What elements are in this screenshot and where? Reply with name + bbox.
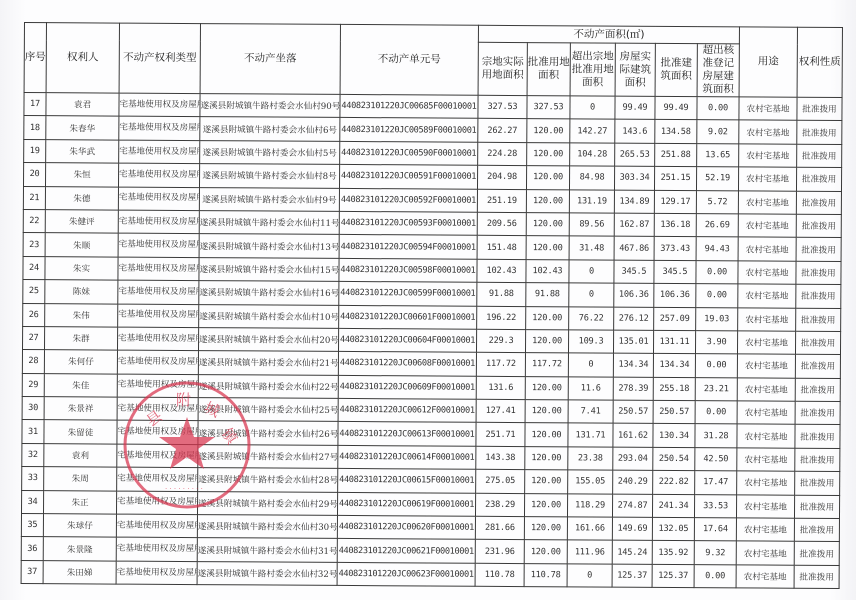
row-unit-no: 440823101220JC00590F00010001 xyxy=(340,141,478,165)
row-right-type: 宅基地使用权及房屋所有权 xyxy=(118,210,199,234)
row-unit-no: 440823101220JC00613F00010001 xyxy=(338,422,476,446)
row-owner: 朱春华 xyxy=(46,116,119,140)
row-owner: 朱正 xyxy=(43,490,116,514)
row-building-excess: 9.02 xyxy=(697,120,739,144)
row-seq: 30 xyxy=(22,397,44,421)
row-building-excess: 0.00 xyxy=(695,354,737,378)
row-building-excess: 26.69 xyxy=(696,214,738,238)
row-nature: 批准拨用 xyxy=(795,401,840,425)
row-land-excess: 118.29 xyxy=(567,493,612,517)
row-land-excess: 11.6 xyxy=(568,377,613,401)
row-seq: 21 xyxy=(23,186,45,210)
row-unit-no: 440823101220JC00623F00010001 xyxy=(337,562,475,586)
header-seq: 序号 xyxy=(24,23,46,93)
header-land-approved: 批准用地面积 xyxy=(527,43,570,96)
row-land-approved: 120.00 xyxy=(526,213,569,237)
row-location: 遂溪县附城镇牛路村委会水仙村8号 xyxy=(199,164,339,188)
row-building-excess: 52.19 xyxy=(696,167,738,191)
row-building-excess: 17.64 xyxy=(694,518,736,542)
row-building-approved: 250.54 xyxy=(653,447,695,471)
row-unit-no: 440823101220JC00598F00010001 xyxy=(339,258,477,282)
row-use: 农村宅基地 xyxy=(739,97,797,121)
row-owner: 朱恒 xyxy=(45,163,118,187)
row-land-approved: 117.72 xyxy=(525,353,568,377)
row-location: 遂溪县附城镇牛路村委会水仙村26号 xyxy=(198,421,338,445)
header-nature: 权利性质 xyxy=(797,27,842,97)
row-building-excess: 9.32 xyxy=(694,541,736,565)
row-building-approved: 255.18 xyxy=(653,377,695,401)
row-location: 遂溪县附城镇牛路村委会水仙村10号 xyxy=(199,304,339,328)
row-building-actual: 265.53 xyxy=(615,143,655,167)
row-owner: 朱华武 xyxy=(46,139,119,163)
row-land-excess: 0 xyxy=(570,96,615,120)
row-land-actual: 231.96 xyxy=(475,540,524,564)
row-use: 农村宅基地 xyxy=(737,424,795,448)
row-seq: 17 xyxy=(24,93,46,117)
row-building-excess: 13.65 xyxy=(697,143,739,167)
row-building-actual: 345.5 xyxy=(614,260,654,284)
header-building-actual: 房屋实际建筑面积 xyxy=(615,43,655,96)
row-building-approved: 130.34 xyxy=(653,424,695,448)
row-nature: 批准拨用 xyxy=(794,542,839,566)
row-location: 遂溪县附城镇牛路村委会水仙村9号 xyxy=(199,187,339,211)
row-right-type: 宅基地使用权及房屋所有权 xyxy=(117,327,198,351)
row-land-excess: 131.71 xyxy=(568,423,613,447)
row-building-approved: 257.09 xyxy=(654,307,696,331)
row-land-excess: 142.27 xyxy=(570,119,615,143)
row-location: 遂溪县附城镇牛路村委会水仙村27号 xyxy=(198,444,338,468)
row-land-actual: 281.66 xyxy=(475,516,524,540)
row-use: 农村宅基地 xyxy=(738,284,796,308)
row-land-excess: 161.66 xyxy=(567,517,612,541)
row-building-excess: 19.03 xyxy=(696,307,738,331)
row-land-actual: 238.29 xyxy=(475,493,524,517)
row-right-type: 宅基地使用权及房屋所有权 xyxy=(118,233,199,257)
row-seq: 34 xyxy=(21,490,43,514)
row-use: 农村宅基地 xyxy=(736,541,794,565)
row-building-actual: 143.6 xyxy=(615,120,655,144)
row-location: 遂溪县附城镇牛路村委会水仙村21号 xyxy=(198,351,338,375)
row-nature: 批准拨用 xyxy=(795,378,840,402)
row-land-approved: 120.00 xyxy=(525,329,568,353)
row-location: 遂溪县附城镇牛路村委会水仙村28号 xyxy=(198,468,338,492)
row-use: 农村宅基地 xyxy=(737,471,795,495)
row-owner: 袁君 xyxy=(46,93,119,117)
row-land-approved: 120.00 xyxy=(524,540,567,564)
row-land-excess: 131.19 xyxy=(569,189,614,213)
row-seq: 22 xyxy=(23,209,45,233)
row-building-actual: 293.04 xyxy=(613,447,653,471)
row-building-actual: 240.29 xyxy=(613,470,653,494)
row-seq: 32 xyxy=(22,443,44,467)
header-owner: 权利人 xyxy=(46,23,119,93)
row-owner: 朱健评 xyxy=(45,210,118,234)
row-right-type: 宅基地使用权及房屋所有权 xyxy=(119,116,200,140)
row-building-approved: 132.05 xyxy=(652,517,694,541)
row-nature: 批准拨用 xyxy=(795,448,840,472)
row-location: 遂溪县附城镇牛路村委会水仙村90号 xyxy=(200,94,340,118)
row-building-excess: 5.72 xyxy=(696,190,738,214)
row-right-type: 宅基地使用权及房屋所有权 xyxy=(116,561,197,585)
row-building-approved: 129.17 xyxy=(654,190,696,214)
row-land-approved: 102.43 xyxy=(526,259,569,283)
row-unit-no: 440823101220JC00593F00010001 xyxy=(339,211,477,235)
row-building-actual: 134.34 xyxy=(613,353,653,377)
row-right-type: 宅基地使用权及房屋所有权 xyxy=(119,93,200,117)
row-land-approved: 120.00 xyxy=(527,119,570,143)
row-building-approved: 241.34 xyxy=(652,494,694,518)
row-location: 遂溪县附城镇牛路村委会水仙村31号 xyxy=(197,538,337,562)
row-use: 农村宅基地 xyxy=(737,448,795,472)
row-seq: 28 xyxy=(22,350,44,374)
row-land-approved: 120.00 xyxy=(525,446,568,470)
row-seq: 23 xyxy=(23,233,45,257)
row-land-excess: 84.98 xyxy=(569,166,614,190)
row-land-excess: 31.48 xyxy=(569,236,614,260)
row-land-actual: 224.28 xyxy=(478,142,527,166)
table-row: 37朱田娣宅基地使用权及房屋所有权遂溪县附城镇牛路村委会水仙村32号440823… xyxy=(21,560,839,588)
row-use: 农村宅基地 xyxy=(737,331,795,355)
row-right-type: 宅基地使用权及房屋所有权 xyxy=(118,304,199,328)
row-seq: 31 xyxy=(22,420,44,444)
row-unit-no: 440823101220JC00609F00010001 xyxy=(338,375,476,399)
row-seq: 19 xyxy=(24,139,46,163)
row-building-approved: 250.57 xyxy=(653,400,695,424)
row-building-actual: 99.49 xyxy=(615,96,655,120)
row-use: 农村宅基地 xyxy=(736,518,794,542)
row-land-actual: 251.71 xyxy=(476,423,525,447)
row-building-excess: 3.90 xyxy=(695,331,737,355)
row-location: 遂溪县附城镇牛路村委会水仙村29号 xyxy=(197,491,337,515)
row-unit-no: 440823101220JC00592F00010001 xyxy=(339,188,477,212)
row-owner: 朱伟 xyxy=(45,303,118,327)
row-location: 遂溪县附城镇牛路村委会水仙村11号 xyxy=(199,211,339,235)
row-right-type: 宅基地使用权及房屋所有权 xyxy=(118,257,199,281)
row-seq: 37 xyxy=(21,560,43,584)
row-owner: 袁利 xyxy=(44,443,117,467)
header-building-excess: 超出核准登记房屋建筑面积 xyxy=(697,44,739,97)
row-seq: 35 xyxy=(21,514,43,538)
row-building-approved: 345.5 xyxy=(654,260,696,284)
row-use: 农村宅基地 xyxy=(739,120,797,144)
row-right-type: 宅基地使用权及房屋所有权 xyxy=(116,514,197,538)
header-right-type: 不动产权利类型 xyxy=(119,23,200,93)
row-seq: 25 xyxy=(23,280,45,304)
row-building-actual: 276.12 xyxy=(614,307,654,331)
row-land-excess: 23.38 xyxy=(568,447,613,471)
row-nature: 批准拨用 xyxy=(794,565,839,589)
row-use: 农村宅基地 xyxy=(737,401,795,425)
row-building-actual: 135.01 xyxy=(613,330,653,354)
row-land-excess: 76.22 xyxy=(569,306,614,330)
row-seq: 33 xyxy=(22,467,44,491)
row-land-excess: 0 xyxy=(568,353,613,377)
row-location: 遂溪县附城镇牛路村委会水仙村25号 xyxy=(198,398,338,422)
row-seq: 24 xyxy=(23,256,45,280)
row-land-actual: 229.3 xyxy=(476,329,525,353)
row-owner: 朱德 xyxy=(45,186,118,210)
row-right-type: 宅基地使用权及房屋所有权 xyxy=(118,163,199,187)
header-row: 序号 权利人 不动产权利类型 不动产坐落 不动产单元号 不动产面积(㎡) 用途 … xyxy=(24,23,842,45)
row-nature: 批准拨用 xyxy=(796,238,841,262)
row-nature: 批准拨用 xyxy=(796,214,841,238)
row-location: 遂溪县附城镇牛路村委会水仙村13号 xyxy=(199,234,339,258)
row-unit-no: 440823101220JC00612F00010001 xyxy=(338,399,476,423)
row-building-actual: 250.57 xyxy=(613,400,653,424)
row-building-approved: 125.37 xyxy=(652,564,694,588)
row-owner: 朱留徒 xyxy=(44,420,117,444)
row-unit-no: 440823101220JC00599F00010001 xyxy=(339,282,477,306)
row-land-approved: 120.00 xyxy=(524,517,567,541)
row-nature: 批准拨用 xyxy=(796,167,841,191)
row-right-type: 宅基地使用权及房屋所有权 xyxy=(116,491,197,515)
row-land-approved: 110.78 xyxy=(524,563,567,587)
row-nature: 批准拨用 xyxy=(795,331,840,355)
row-use: 农村宅基地 xyxy=(738,214,796,238)
row-land-actual: 143.38 xyxy=(476,446,525,470)
row-land-actual: 251.19 xyxy=(477,189,526,213)
row-nature: 批准拨用 xyxy=(797,97,842,121)
row-location: 遂溪县附城镇牛路村委会水仙村20号 xyxy=(198,327,338,351)
row-unit-no: 440823101220JC00620F00010001 xyxy=(337,515,475,539)
row-seq: 18 xyxy=(24,116,46,140)
row-land-approved: 120.00 xyxy=(525,400,568,424)
row-nature: 批准拨用 xyxy=(796,261,841,285)
row-land-excess: 7.41 xyxy=(568,400,613,424)
row-unit-no: 440823101220JC00619F00010001 xyxy=(337,492,475,516)
row-location: 遂溪县附城镇牛路村委会水仙村6号 xyxy=(200,117,340,141)
row-land-excess: 0 xyxy=(569,260,614,284)
row-owner: 陈妹 xyxy=(45,280,118,304)
row-land-excess: 155.05 xyxy=(568,470,613,494)
row-seq: 27 xyxy=(22,326,44,350)
header-land-excess: 超出宗地批准用地面积 xyxy=(570,43,615,96)
row-location: 遂溪县附城镇牛路村委会水仙村22号 xyxy=(198,374,338,398)
row-use: 农村宅基地 xyxy=(738,237,796,261)
row-owner: 朱实 xyxy=(45,256,118,280)
property-registration-table: 序号 权利人 不动产权利类型 不动产坐落 不动产单元号 不动产面积(㎡) 用途 … xyxy=(21,22,843,589)
row-right-type: 宅基地使用权及房屋所有权 xyxy=(117,350,198,374)
row-owner: 朱球仔 xyxy=(43,514,116,538)
row-building-actual: 125.37 xyxy=(612,564,652,588)
row-unit-no: 440823101220JC00621F00010001 xyxy=(337,539,475,563)
row-use: 农村宅基地 xyxy=(736,495,794,519)
row-building-actual: 162.87 xyxy=(614,213,654,237)
row-building-excess: 0.00 xyxy=(695,401,737,425)
row-unit-no: 440823101220JC00685F00010001 xyxy=(340,94,478,118)
row-unit-no: 440823101220JC00591F00010001 xyxy=(339,165,477,189)
row-location: 遂溪县附城镇牛路村委会水仙村30号 xyxy=(197,515,337,539)
row-land-actual: 127.41 xyxy=(476,399,525,423)
row-right-type: 宅基地使用权及房屋所有权 xyxy=(117,444,198,468)
row-land-actual: 262.27 xyxy=(478,119,527,143)
row-unit-no: 440823101220JC00594F00010001 xyxy=(339,235,477,259)
row-land-approved: 120.00 xyxy=(525,376,568,400)
row-land-approved: 120.00 xyxy=(525,423,568,447)
row-right-type: 宅基地使用权及房屋所有权 xyxy=(117,421,198,445)
row-land-actual: 117.72 xyxy=(476,353,525,377)
header-use: 用途 xyxy=(739,27,797,97)
row-building-excess: 0.00 xyxy=(694,564,736,588)
row-use: 农村宅基地 xyxy=(737,354,795,378)
row-owner: 朱田娣 xyxy=(43,560,116,584)
row-nature: 批准拨用 xyxy=(794,518,839,542)
row-land-approved: 327.53 xyxy=(527,96,570,120)
row-nature: 批准拨用 xyxy=(795,471,840,495)
row-land-excess: 111.96 xyxy=(567,540,612,564)
row-nature: 批准拨用 xyxy=(794,495,839,519)
row-land-approved: 120.00 xyxy=(525,470,568,494)
row-use: 农村宅基地 xyxy=(738,190,796,214)
row-land-approved: 120.00 xyxy=(526,189,569,213)
row-land-actual: 151.48 xyxy=(477,236,526,260)
row-owner: 朱群 xyxy=(44,327,117,351)
row-land-actual: 327.53 xyxy=(478,95,527,119)
row-building-approved: 251.15 xyxy=(654,167,696,191)
row-building-approved: 134.58 xyxy=(655,120,697,144)
row-building-excess: 31.28 xyxy=(695,424,737,448)
row-building-approved: 251.88 xyxy=(655,143,697,167)
row-owner: 朱景祥 xyxy=(44,397,117,421)
row-unit-no: 440823101220JC00615F00010001 xyxy=(338,469,476,493)
row-building-actual: 303.34 xyxy=(614,166,654,190)
row-building-approved: 131.11 xyxy=(653,330,695,354)
row-nature: 批准拨用 xyxy=(795,425,840,449)
row-land-excess: 89.56 xyxy=(569,213,614,237)
row-owner: 朱何仔 xyxy=(44,350,117,374)
header-unit-no: 不动产单元号 xyxy=(340,24,478,95)
row-building-excess: 94.43 xyxy=(696,237,738,261)
row-building-excess: 33.53 xyxy=(694,494,736,518)
row-land-excess: 104.28 xyxy=(570,143,615,167)
row-nature: 批准拨用 xyxy=(796,308,841,332)
row-building-excess: 0.00 xyxy=(696,260,738,284)
row-land-actual: 209.56 xyxy=(477,212,526,236)
row-nature: 批准拨用 xyxy=(796,191,841,215)
row-nature: 批准拨用 xyxy=(795,355,840,379)
row-building-actual: 274.87 xyxy=(612,494,652,518)
row-unit-no: 440823101220JC00601F00010001 xyxy=(339,305,477,329)
header-location: 不动产坐落 xyxy=(200,24,340,95)
header-area-group: 不动产面积(㎡) xyxy=(478,25,739,44)
row-right-type: 宅基地使用权及房屋所有权 xyxy=(117,467,198,491)
row-use: 农村宅基地 xyxy=(736,565,794,589)
row-land-excess: 109.3 xyxy=(568,330,613,354)
row-use: 农村宅基地 xyxy=(737,378,795,402)
row-seq: 20 xyxy=(23,163,45,187)
row-building-excess: 17.47 xyxy=(695,471,737,495)
row-building-approved: 373.43 xyxy=(654,237,696,261)
row-nature: 批准拨用 xyxy=(796,284,841,308)
row-right-type: 宅基地使用权及房屋所有权 xyxy=(117,374,198,398)
row-land-approved: 120.00 xyxy=(527,142,570,166)
row-building-actual: 106.36 xyxy=(614,283,654,307)
row-building-approved: 99.49 xyxy=(655,96,697,120)
row-building-approved: 106.36 xyxy=(654,283,696,307)
row-land-actual: 196.22 xyxy=(477,306,526,330)
row-land-approved: 120.00 xyxy=(524,493,567,517)
row-right-type: 宅基地使用权及房屋所有权 xyxy=(118,280,199,304)
row-building-approved: 135.92 xyxy=(652,541,694,565)
row-owner: 朱佳 xyxy=(44,373,117,397)
scanned-page: 序号 权利人 不动产权利类型 不动产坐落 不动产单元号 不动产面积(㎡) 用途 … xyxy=(0,0,856,600)
row-building-approved: 134.34 xyxy=(653,354,695,378)
row-right-type: 宅基地使用权及房屋所有权 xyxy=(117,397,198,421)
row-nature: 批准拨用 xyxy=(797,144,842,168)
row-land-excess: 0 xyxy=(569,283,614,307)
row-building-actual: 467.86 xyxy=(614,236,654,260)
row-building-actual: 134.89 xyxy=(614,190,654,214)
row-unit-no: 440823101220JC00614F00010001 xyxy=(338,445,476,469)
header-building-approved: 批准建筑面积 xyxy=(655,43,697,96)
row-land-approved: 91.88 xyxy=(526,283,569,307)
row-building-actual: 149.69 xyxy=(612,517,652,541)
row-seq: 36 xyxy=(21,537,43,561)
row-unit-no: 440823101220JC00604F00010001 xyxy=(338,328,476,352)
row-unit-no: 440823101220JC00608F00010001 xyxy=(338,352,476,376)
row-land-approved: 120.00 xyxy=(526,166,569,190)
row-use: 农村宅基地 xyxy=(738,307,796,331)
row-building-actual: 278.39 xyxy=(613,377,653,401)
row-owner: 朱顺 xyxy=(45,233,118,257)
row-land-approved: 120.00 xyxy=(526,306,569,330)
row-use: 农村宅基地 xyxy=(739,167,797,191)
row-location: 遂溪县附城镇牛路村委会水仙村15号 xyxy=(199,257,339,281)
row-location: 遂溪县附城镇牛路村委会水仙村32号 xyxy=(197,561,337,585)
row-location: 遂溪县附城镇牛路村委会水仙村5号 xyxy=(200,140,340,164)
row-building-actual: 145.24 xyxy=(612,541,652,565)
row-building-excess: 0.00 xyxy=(696,284,738,308)
row-land-actual: 275.05 xyxy=(476,470,525,494)
row-building-approved: 136.18 xyxy=(654,213,696,237)
row-right-type: 宅基地使用权及房屋所有权 xyxy=(118,187,199,211)
row-land-actual: 110.78 xyxy=(475,563,524,587)
row-unit-no: 440823101220JC00589F00010001 xyxy=(340,118,478,142)
header-land-actual: 宗地实际用地面积 xyxy=(478,42,527,95)
table-body: 17袁君宅基地使用权及房屋所有权遂溪县附城镇牛路村委会水仙村90号4408231… xyxy=(21,93,842,589)
row-right-type: 宅基地使用权及房屋所有权 xyxy=(116,537,197,561)
row-building-actual: 161.62 xyxy=(613,424,653,448)
row-land-actual: 131.6 xyxy=(476,376,525,400)
row-owner: 朱周 xyxy=(44,467,117,491)
row-building-approved: 222.82 xyxy=(653,471,695,495)
row-nature: 批准拨用 xyxy=(797,121,842,145)
row-building-excess: 23.21 xyxy=(695,377,737,401)
row-seq: 26 xyxy=(23,303,45,327)
row-seq: 29 xyxy=(22,373,44,397)
row-land-actual: 204.98 xyxy=(477,165,526,189)
row-building-excess: 42.50 xyxy=(695,447,737,471)
row-location: 遂溪县附城镇牛路村委会水仙村16号 xyxy=(199,281,339,305)
row-use: 农村宅基地 xyxy=(739,144,797,168)
row-owner: 朱景隆 xyxy=(43,537,116,561)
row-land-actual: 91.88 xyxy=(477,282,526,306)
row-building-excess: 0.00 xyxy=(697,97,739,121)
row-use: 农村宅基地 xyxy=(738,261,796,285)
row-land-actual: 102.43 xyxy=(477,259,526,283)
row-land-excess: 0 xyxy=(567,564,612,588)
row-right-type: 宅基地使用权及房屋所有权 xyxy=(119,140,200,164)
row-land-approved: 120.00 xyxy=(526,236,569,260)
